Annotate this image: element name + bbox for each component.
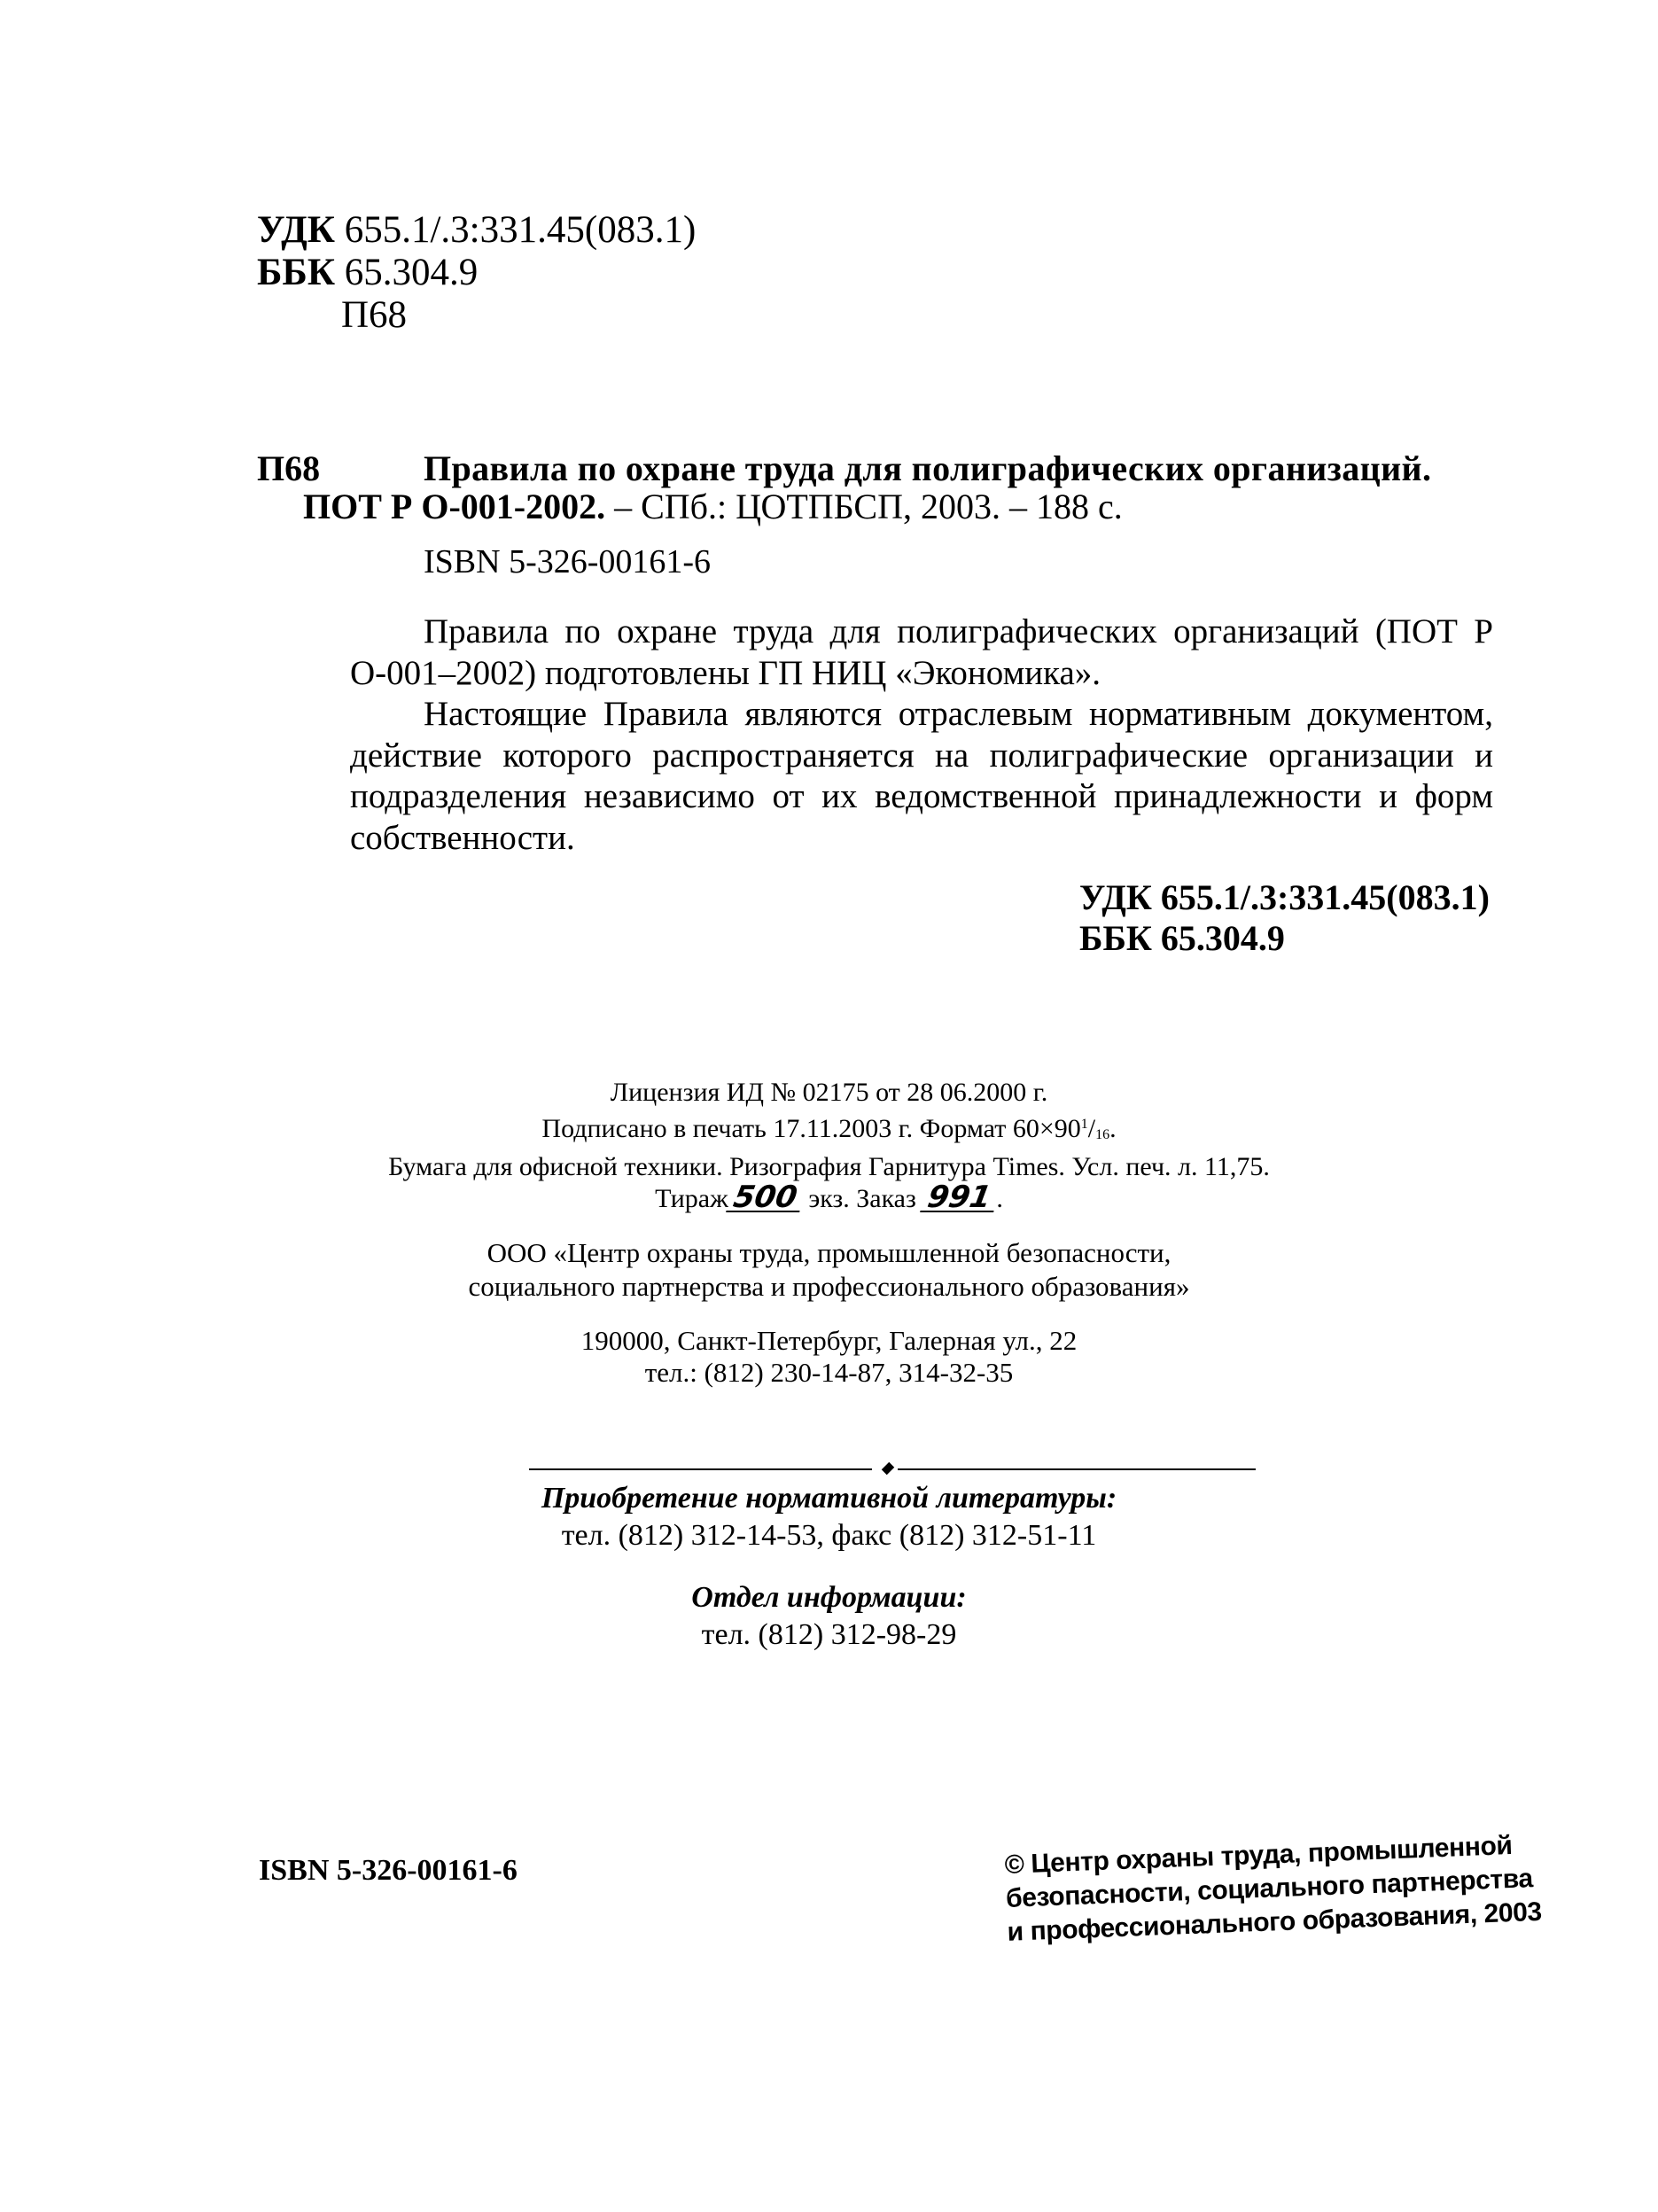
publisher-name: ООО «Центр охраны труда, промышленной бе…	[0, 1236, 1658, 1304]
bbk-label: ББК	[257, 252, 335, 293]
udk-label: УДК	[257, 209, 335, 251]
street-address: 190000, Санкт-Петербург, Галерная ул., 2…	[0, 1325, 1658, 1357]
imprint-block: Лицензия ИД № 02175 от 28 06.2000 г. Под…	[0, 1077, 1658, 1215]
signed-line: Подписано в печать 17.11.2003 г. Формат …	[0, 1109, 1658, 1151]
publisher-line: социального партнерства и профессиональн…	[0, 1270, 1658, 1304]
print-run-label: Тираж	[655, 1184, 728, 1213]
catalog-author-mark: П68	[257, 448, 320, 489]
divider-rule-left	[529, 1468, 872, 1470]
annotation-paragraph: Настоящие Правила являются отраслевым но…	[350, 694, 1493, 859]
sales-heading: Приобретение нормативной литературы:	[0, 1480, 1658, 1517]
divider-rule-right	[898, 1468, 1256, 1470]
catalog-imprint: ПОТ Р О-001-2002. – СПб.: ЦОТПБСП, 2003.…	[303, 486, 1123, 527]
copies-label: экз. Заказ	[808, 1184, 916, 1213]
catalog-title-end: организаций.	[1213, 448, 1432, 488]
udk-value: 655.1/.3:331.45(083.1)	[345, 209, 697, 251]
paper-line: Бумага для офисной техники. Ризография Г…	[0, 1151, 1658, 1183]
annotation: Правила по охране труда для полиграфичес…	[350, 611, 1493, 859]
catalog-title-main: Правила по охране труда для полиграфичес…	[424, 448, 1203, 488]
annotation-paragraph: Правила по охране труда для полиграфичес…	[350, 611, 1493, 694]
info-heading: Отдел информации:	[0, 1579, 1658, 1616]
bbk-line: ББК 65.304.9	[1079, 918, 1490, 959]
catalog-imprint-rest: – СПб.: ЦОТПБСП, 2003. – 188 с.	[614, 487, 1123, 526]
bottom-classification-block: УДК 655.1/.3:331.45(083.1) ББК 65.304.9	[1079, 877, 1490, 959]
bbk-line: ББК 65.304.9	[257, 252, 696, 294]
bbk-value: 65.304.9	[345, 252, 479, 293]
phone-numbers: тел.: (812) 230-14-87, 314-32-35	[0, 1357, 1658, 1389]
publisher-address: 190000, Санкт-Петербург, Галерная ул., 2…	[0, 1325, 1658, 1389]
order-value: 991	[921, 1184, 1000, 1212]
info-contacts: Отдел информации: тел. (812) 312-98-29	[0, 1579, 1658, 1654]
sales-contacts: Приобретение нормативной литературы: тел…	[0, 1480, 1658, 1554]
udk-line: УДК 655.1/.3:331.45(083.1)	[257, 209, 696, 252]
license-line: Лицензия ИД № 02175 от 28 06.2000 г.	[0, 1077, 1658, 1109]
sales-phone: тел. (812) 312-14-53, факс (812) 312-51-…	[0, 1517, 1658, 1554]
format-fraction: 1/16	[1081, 1114, 1109, 1143]
footer-isbn: ISBN 5-326-00161-6	[259, 1854, 518, 1888]
udk-line: УДК 655.1/.3:331.45(083.1)	[1079, 877, 1490, 918]
author-mark: П68	[257, 294, 696, 337]
publisher-line: ООО «Центр охраны труда, промышленной бе…	[0, 1236, 1658, 1270]
print-run-value: 500	[726, 1184, 805, 1212]
diamond-icon	[883, 1461, 893, 1476]
copyright-notice: © Центр охраны труда, промышленной безоп…	[1004, 1828, 1542, 1950]
catalog-title: Правила по охране труда для полиграфичес…	[424, 448, 1431, 489]
info-phone: тел. (812) 312-98-29	[0, 1616, 1658, 1654]
catalog-designation: ПОТ Р О-001-2002.	[303, 487, 605, 526]
print-run-line: Тираж500 экз. Заказ 991.	[0, 1183, 1658, 1215]
catalog-isbn: ISBN 5-326-00161-6	[424, 542, 711, 581]
signed-text: Подписано в печать 17.11.2003 г. Формат …	[541, 1114, 1080, 1143]
top-classification-block: УДК 655.1/.3:331.45(083.1) ББК 65.304.9 …	[257, 209, 696, 337]
